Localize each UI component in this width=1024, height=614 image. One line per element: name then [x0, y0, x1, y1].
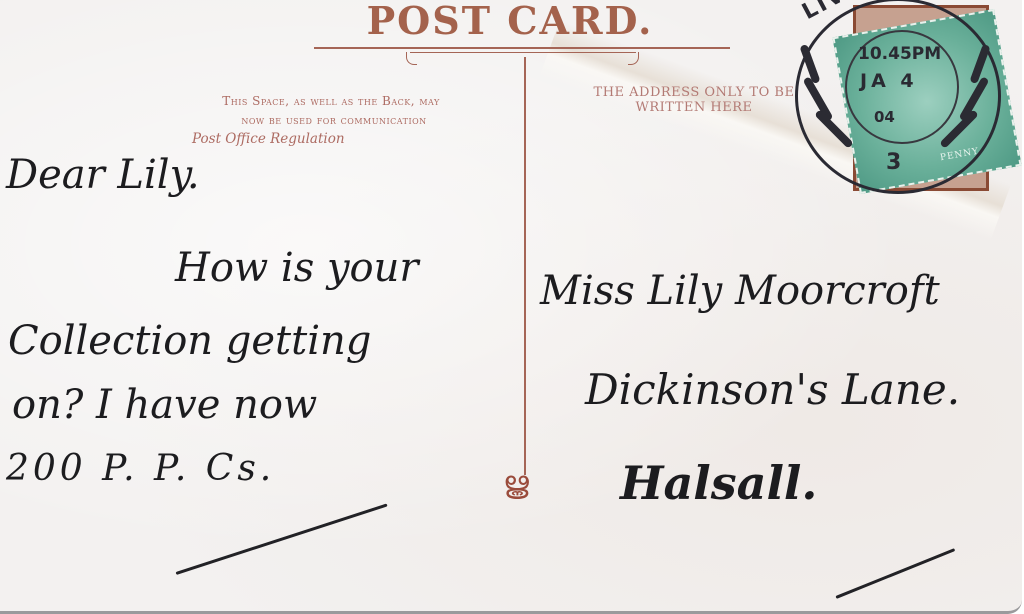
ornament-rule: [410, 52, 636, 65]
message-line: Collection getting: [8, 318, 371, 364]
notice-line-2: now be used for communication: [150, 111, 512, 130]
center-divider: [524, 57, 526, 475]
postmark-time: 10.45PM: [858, 44, 941, 64]
postcard-title: POST CARD.: [300, 0, 720, 43]
postmark-date: JA 4: [860, 70, 918, 92]
address-line: Dickinson's Lane.: [585, 365, 960, 414]
address-line: Halsall.: [620, 456, 817, 510]
title-rule: [314, 47, 730, 49]
postcard-back: POST CARD. ൠ This Space, as well as the …: [0, 0, 1022, 614]
communication-notice: This Space, as well as the Back, may now…: [150, 92, 512, 149]
notice-line-1: This Space, as well as the Back, may: [150, 92, 512, 111]
message-line: How is your: [175, 245, 419, 291]
postmark-year: 04: [874, 108, 895, 126]
notice-regulation: Post Office Regulation: [150, 130, 512, 149]
message-line: 200 P. P. Cs.: [6, 448, 275, 489]
scroll-ornament-left-icon: [406, 52, 417, 65]
message-line: Dear Lily.: [6, 152, 200, 198]
stamp-area: PENNY LIVERPOOL 10.45PM JA 4 04 3: [790, 0, 1022, 200]
divider-scroll-icon: ൠ: [503, 468, 529, 498]
address-line: Miss Lily Moorcroft: [540, 268, 940, 314]
message-underline-stroke: [176, 503, 388, 574]
postmark-code: 3: [886, 150, 901, 175]
message-line: on? I have now: [12, 382, 317, 428]
address-underline-stroke: [835, 548, 955, 599]
